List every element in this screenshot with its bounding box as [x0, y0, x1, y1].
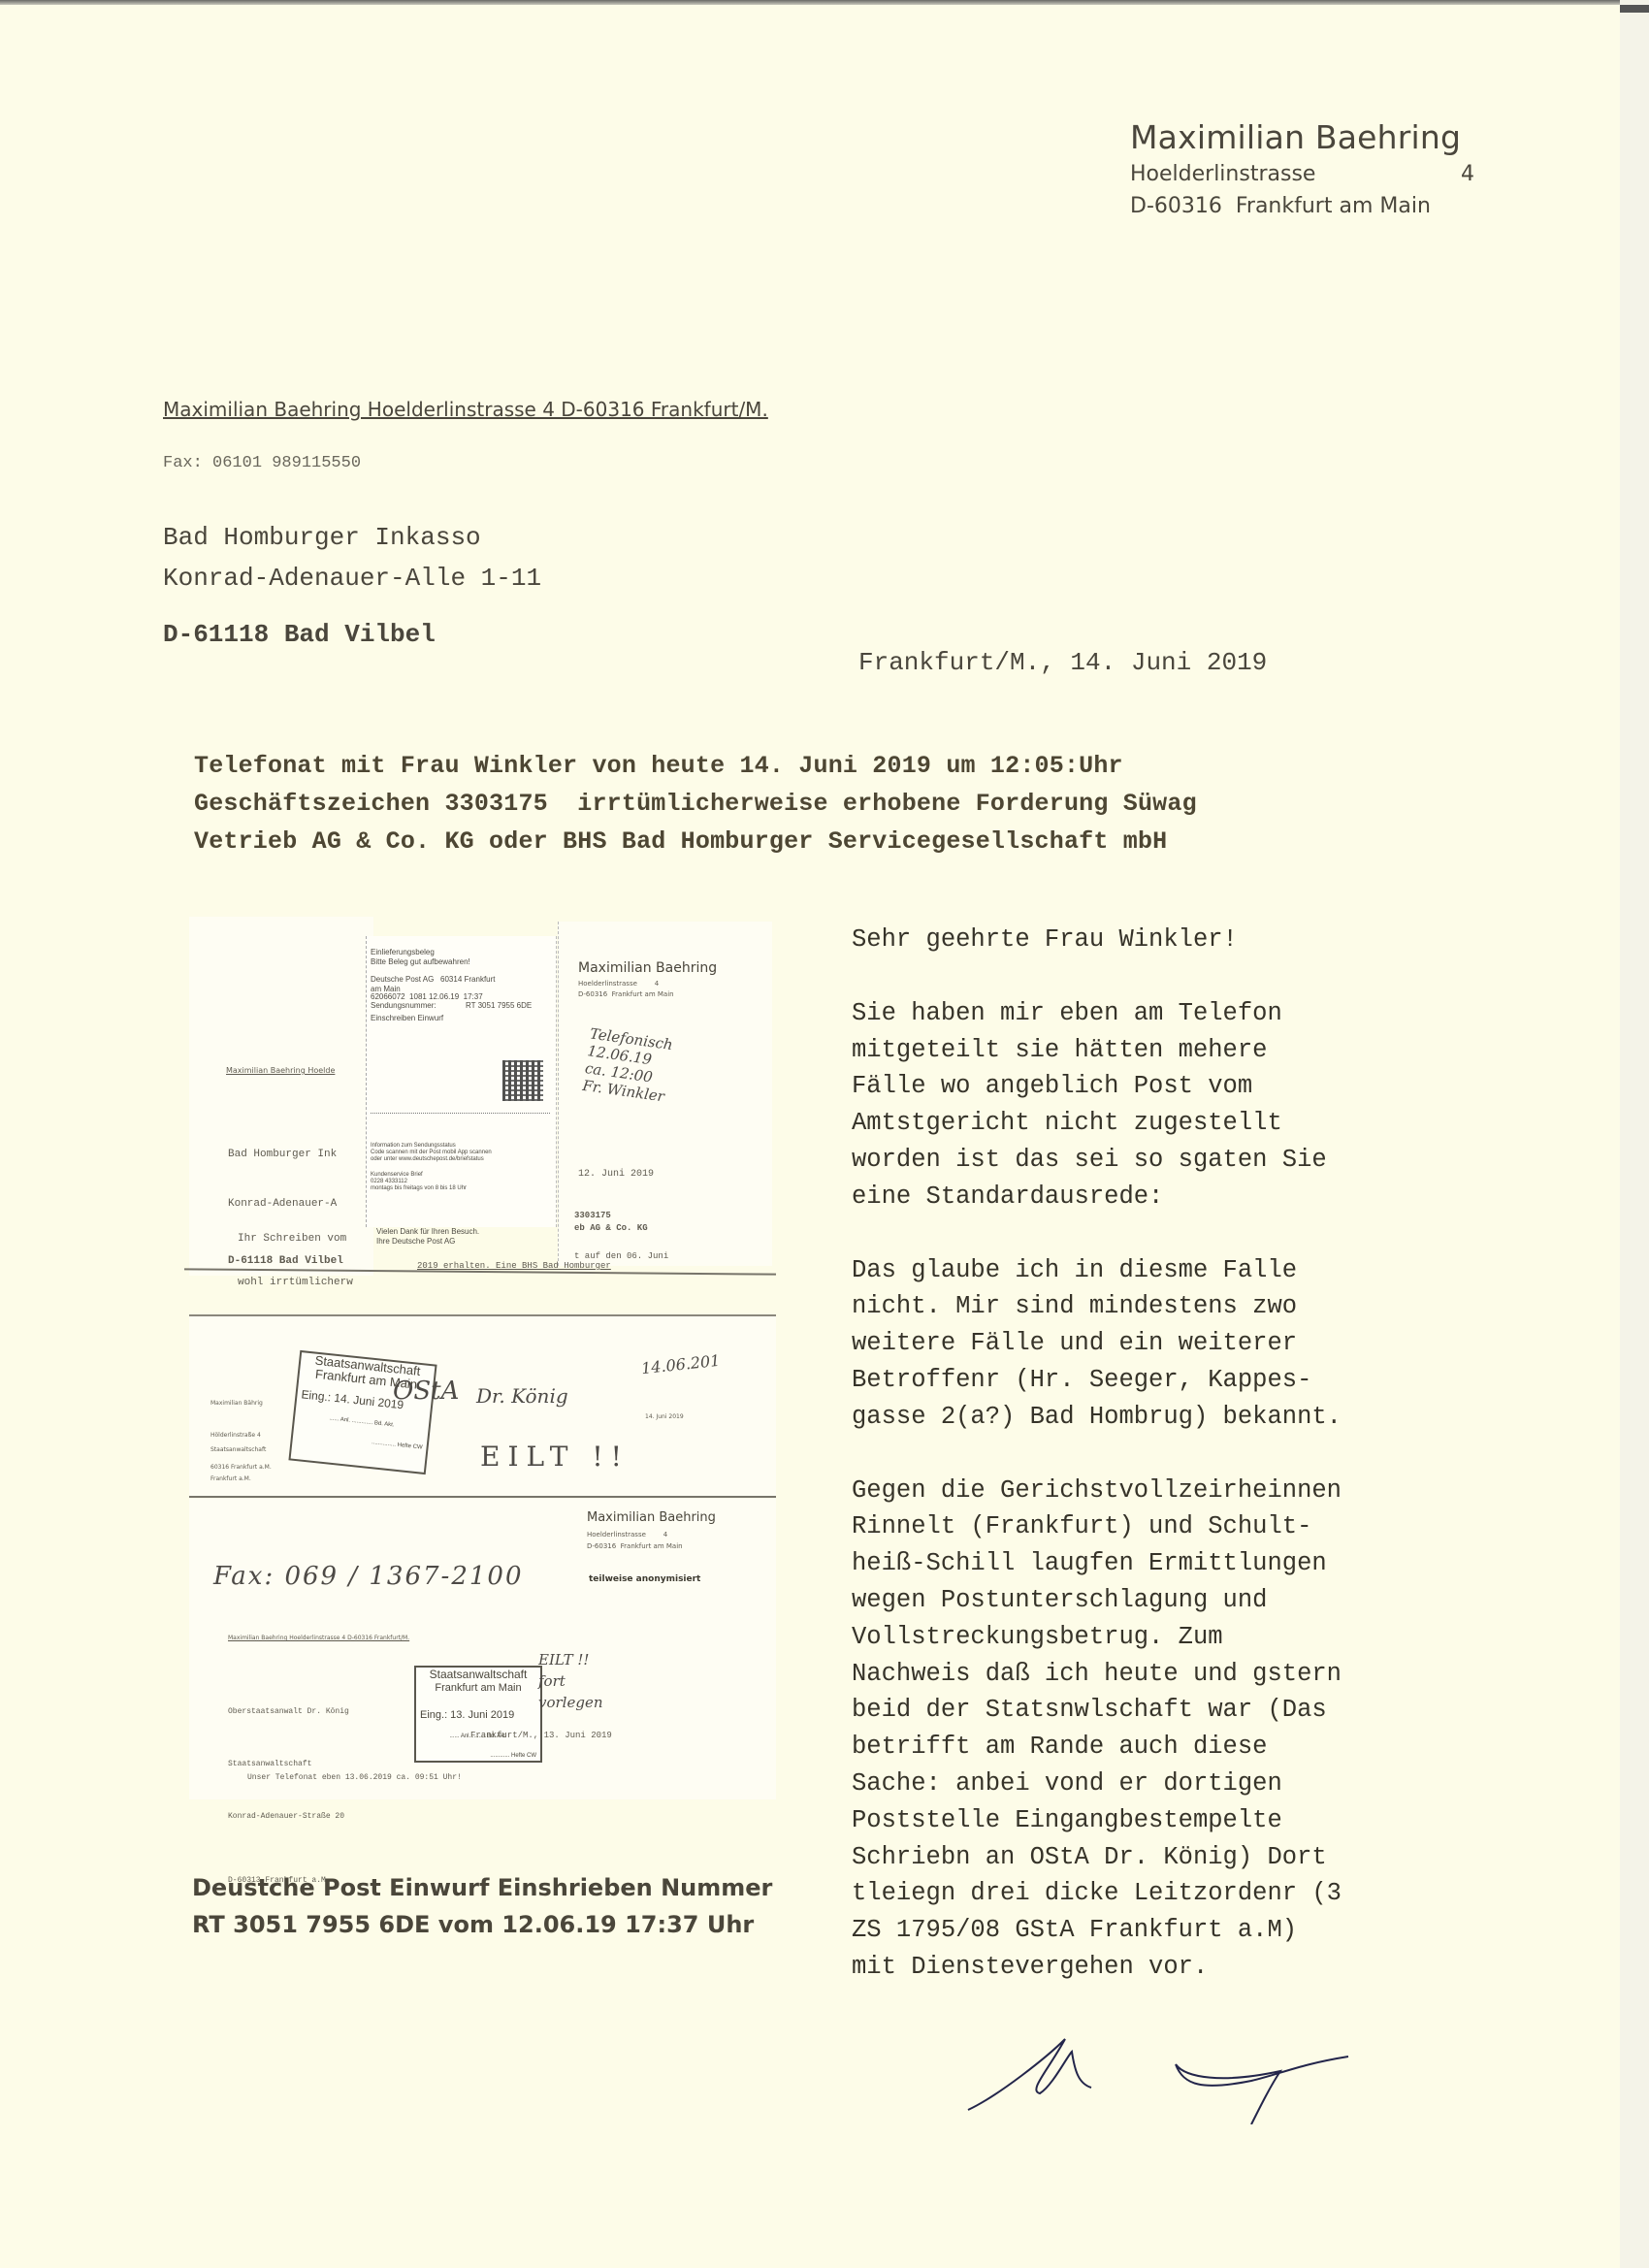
attached-recipient-line: Frankfurt a.M.	[210, 1474, 272, 1484]
body-paragraph: Sie haben mir eben am Telefon mitgeteilt…	[852, 995, 1434, 1215]
scan-corner-shadow	[1620, 5, 1649, 13]
receipt-divider	[371, 1113, 550, 1114]
attached-letterhead-city: D-60316 Frankfurt am Main	[578, 990, 674, 998]
receipt-tracking-value: RT 3051 7955 6DE	[466, 1001, 532, 1010]
attached-body-line: wohl irrtümlicherw	[238, 1276, 353, 1290]
letter-body: Sehr geehrte Frau Winkler! Sie haben mir…	[852, 922, 1434, 2023]
handwritten-eilt: EILT !!	[480, 1441, 630, 1473]
tracking-line: Deustche Post Einwurf Einshrieben Nummer	[192, 1869, 772, 1906]
attached-sender-line: Maximilian Baehring Hoelde	[226, 1066, 335, 1075]
body-paragraph: Das glaube ich in diesme Falle nicht. Mi…	[852, 1252, 1434, 1436]
attached-date: Frankfurt/M., 13. Juni 2019	[470, 1731, 612, 1740]
attached-ref: 3303175	[574, 1211, 611, 1220]
attached-date: 12. Juni 2019	[578, 1169, 654, 1180]
stamp-date: Eing.: 13. Juni 2019	[416, 1708, 540, 1722]
received-stamp: Staatsanwaltschaft Frankfurt am Main Ein…	[288, 1350, 436, 1474]
post-receipt: Einlieferungsbeleg Bitte Beleg gut aufbe…	[366, 936, 557, 1227]
attached-letter-3: Fax: 069 / 1367-2100 Maximilian Baehring…	[189, 1499, 776, 1799]
recipient-street: Konrad-Adenauer-Alle 1-11	[163, 558, 541, 599]
attached-letter-1-left: Maximilian Baehring Hoelde Bad Homburger…	[189, 917, 373, 1276]
handwritten-note: Telefonisch 12.06.19 ca. 12:00 Fr. Winkl…	[581, 1024, 673, 1105]
stamp-field: ............ Hefte CW	[416, 1749, 540, 1763]
sender-return-address: Maximilian Baehring Hoelderlinstrasse 4 …	[163, 398, 768, 421]
receipt-subtitle: Bitte Beleg gut aufbewahren!	[371, 957, 470, 966]
body-paragraph: Gegen die Gerichstvollzeirheinnen Rinnel…	[852, 1473, 1434, 1986]
handwritten-eilt: EILT !! fort vorlegen	[538, 1649, 603, 1713]
attached-letterhead-street: Hoelderlinstrasse 4	[587, 1531, 667, 1539]
tracking-line: RT 3051 7955 6DE vom 12.06.19 17:37 Uhr	[192, 1906, 772, 1943]
attached-recipient-line: Staatsanwaltschaft	[228, 1756, 349, 1773]
letterhead-street-row: Hoelderlinstrasse 4	[1130, 162, 1474, 186]
attached-sender-line: Maximilian Baehring Hoelderlinstrasse 4 …	[228, 1635, 409, 1641]
letterhead-name: Maximilian Baehring	[1130, 118, 1474, 156]
recipient-address: Bad Homburger Inkasso Konrad-Adenauer-Al…	[163, 517, 541, 655]
scan-top-edge	[0, 0, 1649, 5]
scan-right-edge	[1620, 0, 1649, 2268]
receipt-line: 62066072 1081 12.06.19 17:37	[371, 992, 483, 1001]
attached-recipient-line: Konrad-Adenauer-Straße 20	[228, 1808, 349, 1826]
handwritten-name: Dr. König	[476, 1384, 568, 1408]
handwritten-fax: Fax: 069 / 1367-2100	[213, 1562, 524, 1591]
attached-letterhead-name: Maximilian Baehring	[587, 1510, 716, 1525]
fax-number: Fax: 06101 989115550	[163, 454, 361, 472]
letterhead-house-number: 4	[1461, 162, 1474, 186]
attached-footer: Unser Telefonat eben 13.06.2019 ca. 09:5…	[247, 1773, 462, 1782]
salutation: Sehr geehrte Frau Winkler!	[852, 922, 1434, 958]
receipt-service: 0228 4333112	[371, 1179, 407, 1184]
date-line: Frankfurt/M., 14. Juni 2019	[858, 648, 1267, 677]
stamp-subtitle: Frankfurt am Main	[416, 1681, 540, 1695]
recipient-name: Bad Homburger Inkasso	[163, 517, 541, 558]
receipt-service: Kundenservice Brief	[371, 1172, 423, 1178]
receipt-thanks: Ihre Deutsche Post AG	[376, 1237, 455, 1246]
receipt-service: montags bis freitags von 8 bis 18 Uhr	[371, 1185, 467, 1191]
receipt-thanks: Vielen Dank für Ihren Besuch.	[376, 1227, 479, 1236]
attached-letter-2: Maximilian Bährig Hölderlinstraße 4 6031…	[189, 1314, 776, 1498]
attached-tail: t auf den 06. Juni	[574, 1251, 668, 1261]
recipient-city: D-61118 Bad Vilbel	[163, 614, 541, 655]
attached-recipient-line: Bad Homburger Ink	[228, 1147, 343, 1163]
handwritten-date: 14.06.201	[640, 1351, 721, 1377]
subject-line: Vetrieb AG & Co. KG oder BHS Bad Homburg…	[194, 823, 1197, 860]
subject: Telefonat mit Frau Winkler von heute 14.…	[194, 747, 1197, 860]
handwritten-osta: OStA	[393, 1377, 459, 1406]
attached-letterhead-city: D-60316 Frankfurt am Main	[587, 1542, 683, 1550]
received-stamp: Staatsanwaltschaft Frankfurt am Main Ein…	[414, 1666, 542, 1763]
qr-code-icon	[502, 1060, 543, 1101]
attached-letterhead-street: Hoelderlinstrasse 4	[578, 980, 659, 988]
receipt-title: Einlieferungsbeleg	[371, 948, 435, 956]
receipt-info: Code scannen mit der Post mobil App scan…	[371, 1150, 492, 1155]
attached-letterhead-name: Maximilian Baehring	[578, 960, 717, 976]
attached-date: 14. Juni 2019	[645, 1413, 684, 1420]
receipt-line: Einschreiben Einwurf	[371, 1014, 443, 1022]
attached-ref: eb AG & Co. KG	[574, 1223, 648, 1233]
attached-body-line: Ihr Schreiben vom	[238, 1232, 353, 1247]
letterhead-street: Hoelderlinstrasse	[1130, 162, 1315, 186]
attached-tail: 2019 erhalten. Eine BHS Bad Homburger	[417, 1261, 611, 1271]
anonymized-note: teilweise anonymisiert	[589, 1574, 700, 1584]
stamp-title: Staatsanwaltschaft	[416, 1668, 540, 1681]
subject-line: Telefonat mit Frau Winkler von heute 14.…	[194, 747, 1197, 785]
attached-letter-1-right: Maximilian Baehring Hoelderlinstrasse 4 …	[558, 922, 772, 1266]
subject-line: Geschäftszeichen 3303175 irrtümlicherwei…	[194, 785, 1197, 823]
signature-icon	[960, 2018, 1368, 2124]
receipt-line: Deutsche Post AG 60314 Frankfurt	[371, 975, 496, 984]
receipt-tracking-label: Sendungsnummer:	[371, 1001, 436, 1010]
attached-recipient-line: Staatsanwaltschaft	[210, 1445, 272, 1455]
receipt-info: oder unter www.deutschepost.de/briefstat…	[371, 1156, 484, 1162]
attachment-collage: Maximilian Baehring Hoelde Bad Homburger…	[189, 917, 771, 1799]
letterhead-city: D-60316 Frankfurt am Main	[1130, 194, 1474, 218]
attached-sender-line: Maximilian Bährig	[210, 1398, 272, 1409]
attached-recipient-line: Oberstaatsanwalt Dr. König	[228, 1703, 349, 1721]
tracking-info: Deustche Post Einwurf Einshrieben Nummer…	[192, 1869, 772, 1943]
receipt-info: Information zum Sendungsstatus	[371, 1143, 456, 1149]
letterhead: Maximilian Baehring Hoelderlinstrasse 4 …	[1130, 118, 1474, 218]
